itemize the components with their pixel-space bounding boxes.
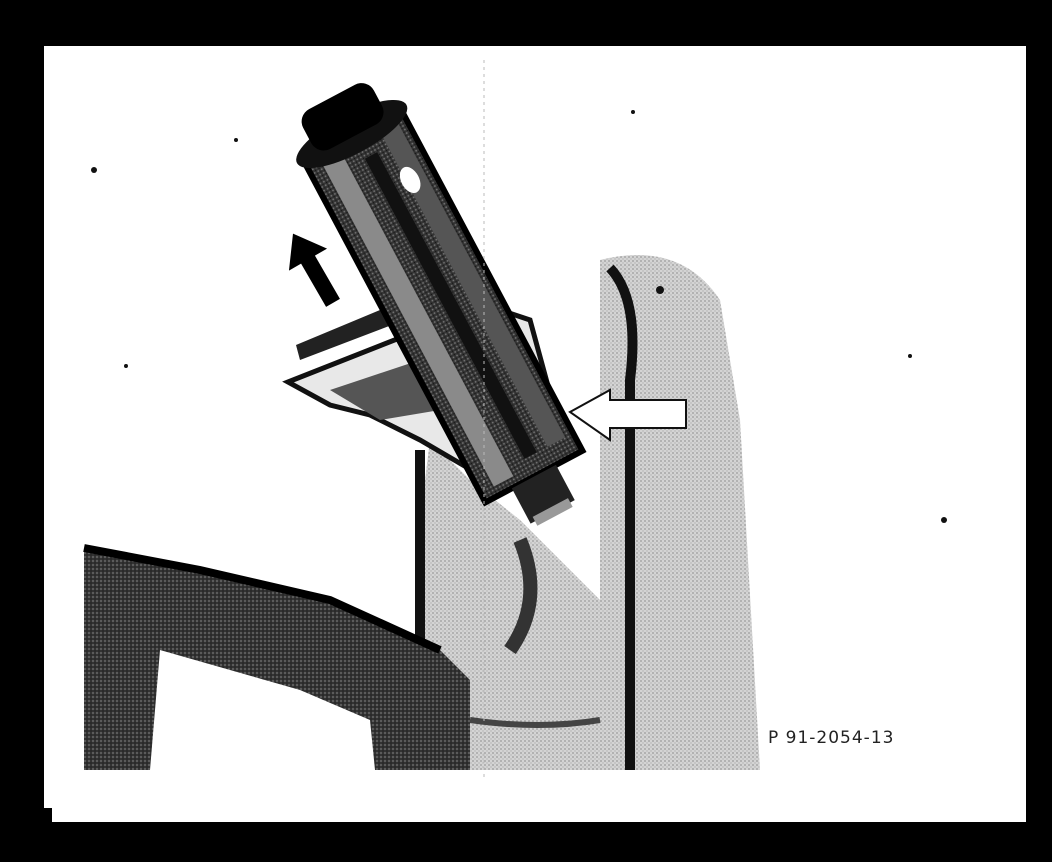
arrow-up-left-icon [274, 223, 352, 314]
figure-reference-label: P 91-2054-13 [768, 728, 894, 748]
housing-panel [600, 255, 760, 770]
foreground-beam [84, 548, 470, 770]
